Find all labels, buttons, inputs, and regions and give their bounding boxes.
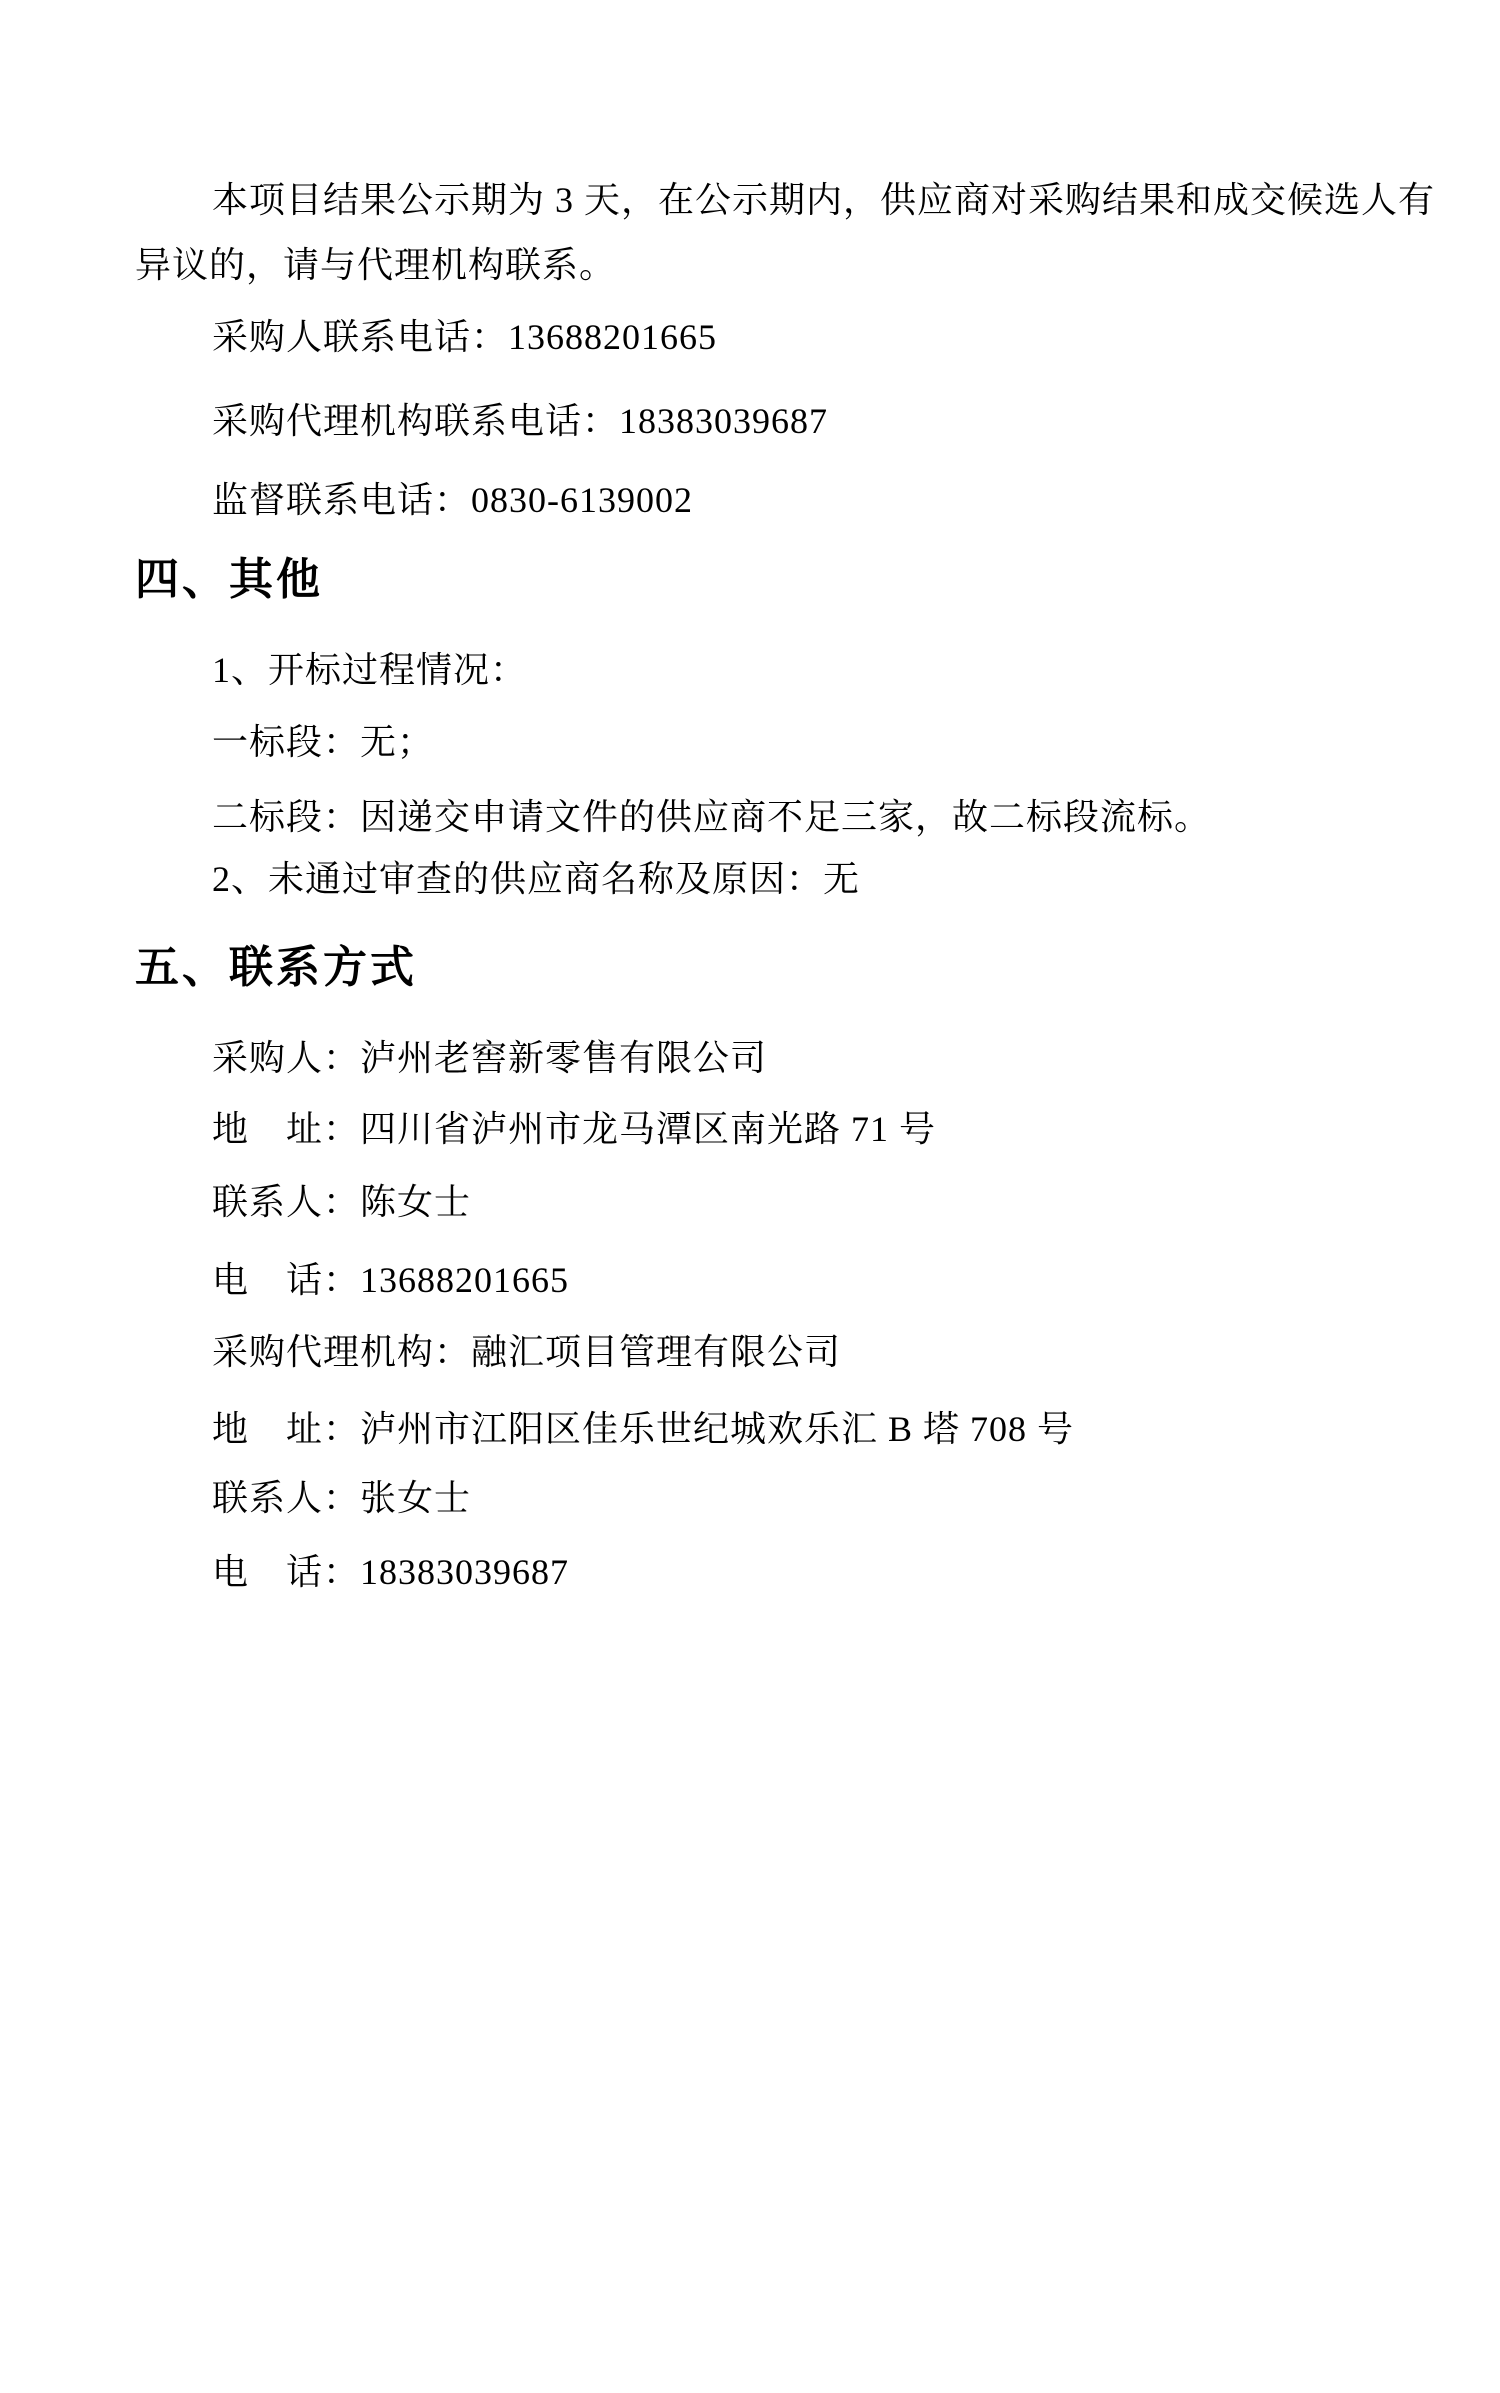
supervision-phone-line: 监督联系电话：0830-6139002 xyxy=(212,480,693,521)
lot-one-item: 一标段：无； xyxy=(212,722,434,763)
agency-name-line: 采购代理机构：融汇项目管理有限公司 xyxy=(212,1332,841,1373)
agency-contact-person-line: 联系人：张女士 xyxy=(212,1478,471,1519)
rejected-suppliers-item: 2、未通过审查的供应商名称及原因：无 xyxy=(212,859,860,900)
agency-telephone-line: 电 话：18383039687 xyxy=(212,1552,569,1593)
agency-address-line: 地 址：泸州市江阳区佳乐世纪城欢乐汇 B 塔 708 号 xyxy=(212,1409,1074,1450)
purchaser-phone-line: 采购人联系电话：13688201665 xyxy=(212,317,717,358)
lot-two-item: 二标段：因递交申请文件的供应商不足三家，故二标段流标。 xyxy=(212,797,1211,838)
purchaser-contact-person-line: 联系人：陈女士 xyxy=(212,1182,471,1223)
agency-phone-line: 采购代理机构联系电话：18383039687 xyxy=(212,401,828,442)
section-contact-heading: 五、联系方式 xyxy=(135,944,417,992)
purchaser-address-line: 地 址：四川省泸州市龙马潭区南光路 71 号 xyxy=(212,1109,936,1150)
notice-paragraph-line-2: 异议的，请与代理机构联系。 xyxy=(135,245,616,286)
notice-paragraph-line-1: 本项目结果公示期为 3 天，在公示期内，供应商对采购结果和成交候选人有 xyxy=(212,180,1435,221)
purchaser-name-line: 采购人：泸州老窖新零售有限公司 xyxy=(212,1038,767,1079)
bid-opening-process-item: 1、开标过程情况： xyxy=(212,650,527,691)
document-page: 本项目结果公示期为 3 天，在公示期内，供应商对采购结果和成交候选人有 异议的，… xyxy=(0,0,1500,2393)
section-other-heading: 四、其他 xyxy=(135,556,323,604)
purchaser-telephone-line: 电 话：13688201665 xyxy=(212,1260,569,1301)
